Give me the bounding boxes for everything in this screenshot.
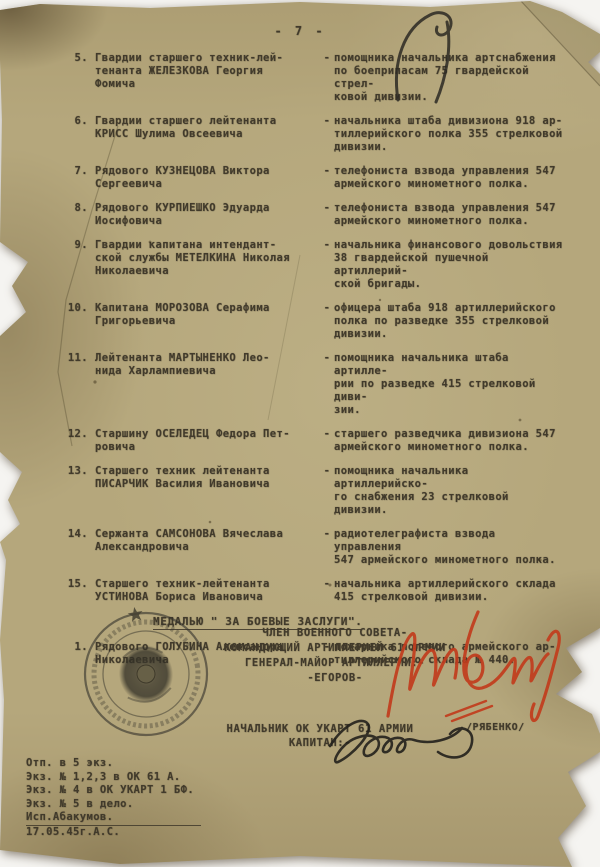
entry-number: 9. [58, 239, 95, 252]
captain-rank-line: КАПИТАН:- [190, 736, 450, 750]
entry-number: 8. [58, 202, 95, 215]
entry-dash: - [320, 52, 334, 65]
award-entry: 7.Рядового КУЗНЕЦОВА Виктора Сергеевича-… [58, 165, 563, 191]
signature-line: ЧЛЕН ВОЕННОГО СОВЕТА- [160, 626, 510, 641]
entry-number: 14. [58, 528, 95, 541]
signature-line: ГЕНЕРАЛ-МАЙОР АРТИЛЛЕРИИ:- [160, 656, 510, 671]
entry-dash: - [320, 528, 334, 541]
entry-position: помощника начальника штаба артилле- рии … [334, 352, 563, 417]
entry-dash: - [320, 239, 334, 252]
award-entry: 6.Гвардии старшего лейтенанта КРИСС Шули… [58, 115, 563, 154]
document-paper: - 7 - 5.Гвардии старшего техник-лей- тен… [0, 0, 600, 867]
entry-name: Гвардии старшего техник-лей- тенанта ЖЕЛ… [95, 52, 320, 91]
entry-position: телефониста взвода управления 547 армейс… [334, 165, 563, 191]
award-entry: 5.Гвардии старшего техник-лей- тенанта Ж… [58, 52, 563, 104]
award-entry: 8.Рядового КУРПИЕШКО Эдуарда Иосифовича-… [58, 202, 563, 228]
entry-dash: - [320, 465, 334, 478]
footer-line: Исп.Абакумов. [26, 811, 201, 826]
entry-dash: - [320, 165, 334, 178]
page-number: - 7 - [0, 24, 600, 38]
entry-number: 6. [58, 115, 95, 128]
footer-line: Экз. № 5 в дело. [26, 798, 201, 812]
signature-title-block: ЧЛЕН ВОЕННОГО СОВЕТА- КОМАНДУЮЩИЙ АРТИЛЛ… [160, 626, 510, 686]
entry-position: старшего разведчика дивизиона 547 армейс… [334, 428, 563, 454]
entry-position: телефониста взвода управления 547 армейс… [334, 202, 563, 228]
entry-dash: - [320, 352, 334, 365]
entry-position: начальника штаба дивизиона 918 ар- тилле… [334, 115, 563, 154]
award-entry: 14.Сержанта САМСОНОВА Вячеслава Александ… [58, 528, 563, 567]
footer-date-line: 17.05.45г.А.С. [26, 826, 201, 840]
entry-name: Гвардии старшего лейтенанта КРИСС Шулима… [95, 115, 320, 141]
captain-title-block: НАЧАЛЬНИК ОК УКАРТ 61 АРМИИ КАПИТАН:- [190, 722, 450, 750]
award-list: 5.Гвардии старшего техник-лей- тенанта Ж… [58, 52, 563, 604]
entry-name: Лейтенанта МАРТЫНЕНКО Лео- нида Харлампи… [95, 352, 320, 378]
entry-number: 5. [58, 52, 95, 65]
entry-dash: - [320, 202, 334, 215]
entry-name: Рядового КУРПИЕШКО Эдуарда Иосифовича [95, 202, 320, 228]
signer-name: -ЕГОРОВ- [160, 671, 510, 686]
entry-position: начальника артиллерийского склада 415 ст… [334, 578, 563, 604]
entry-number: 11. [58, 352, 95, 365]
footer-line: Отп. в 5 экз. [26, 757, 201, 771]
award-entry: 11.Лейтенанта МАРТЫНЕНКО Лео- нида Харла… [58, 352, 563, 417]
award-entry: 12.Старшину ОСЕЛЕДЕЦ Федора Пет- ровича-… [58, 428, 563, 454]
award-section: 5.Гвардии старшего техник-лей- тенанта Ж… [58, 52, 563, 678]
entry-name: Капитана МОРОЗОВА Серафима Григорьевича [95, 302, 320, 328]
entry-dash: - [320, 115, 334, 128]
award-entry: 13.Старшего техник лейтенанта ПИСАРЧИК В… [58, 465, 563, 517]
award-entry: 9.Гвардии капитана интендант- ской служб… [58, 239, 563, 291]
entry-number: 7. [58, 165, 95, 178]
executor-line: Исп.Абакумов. [26, 811, 201, 826]
entry-position: офицера штаба 918 артиллерийского полка … [334, 302, 563, 341]
entry-dash: - [320, 578, 334, 591]
footer-line: Экз. № 1,2,3 в ОК 61 А. [26, 771, 201, 785]
footer-line: Экз. № 4 в ОК УКАРТ 1 БФ. [26, 784, 201, 798]
entry-number: 10. [58, 302, 95, 315]
distribution-footer: Отп. в 5 экз. Экз. № 1,2,3 в ОК 61 А. Эк… [26, 757, 201, 839]
entry-position: помощника начальника артиллерийско- го с… [334, 465, 563, 517]
entry-name: Гвардии капитана интендант- ской службы … [95, 239, 320, 278]
document-page: - 7 - 5.Гвардии старшего техник-лей- тен… [0, 0, 600, 867]
entry-number: 12. [58, 428, 95, 441]
captain-line: НАЧАЛЬНИК ОК УКАРТ 61 АРМИИ [190, 722, 450, 736]
entry-number: 13. [58, 465, 95, 478]
entry-name: Сержанта САМСОНОВА Вячеслава Александров… [95, 528, 320, 554]
entry-position: помощника начальника артснабжения по бое… [334, 52, 563, 104]
entry-number: 15. [58, 578, 95, 591]
signature-line: КОМАНДУЮЩИЙ АРТИЛЛЕРИЕЙ 61 АРМИИ [160, 641, 510, 656]
award-entry: 10.Капитана МОРОЗОВА Серафима Григорьеви… [58, 302, 563, 341]
entry-name: Рядового КУЗНЕЦОВА Виктора Сергеевича [95, 165, 320, 191]
entry-name: Старшину ОСЕЛЕДЕЦ Федора Пет- ровича [95, 428, 320, 454]
entry-position: начальника финансового довольствия 38 гв… [334, 239, 563, 291]
entry-dash: - [320, 428, 334, 441]
entry-name: Старшего техник лейтенанта ПИСАРЧИК Васи… [95, 465, 320, 491]
entry-position: радиотелеграфиста взвода управления 547 … [334, 528, 563, 567]
captain-typed-name: /РЯБЕНКО/ [466, 722, 525, 733]
entry-dash: - [320, 302, 334, 315]
